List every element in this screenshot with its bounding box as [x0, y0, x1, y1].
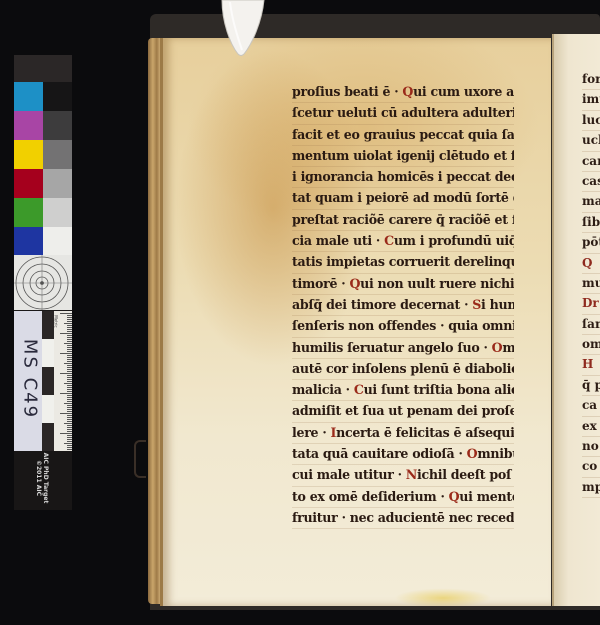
color-swatch	[14, 111, 43, 140]
ruler-tick	[64, 443, 72, 444]
ruler-tick	[67, 437, 72, 438]
ruler-tick	[67, 409, 72, 410]
ruler-tick	[67, 415, 72, 416]
line-text: tat quam i peiorē ad modū ſortē q̄	[292, 190, 514, 205]
line-text: cui male utitur ·	[292, 467, 406, 482]
gray-swatch	[43, 82, 72, 111]
facing-page-line: co	[582, 457, 600, 477]
gray-swatch	[43, 111, 72, 140]
manuscript-line: malicia · Cui ſunt triſtia bona alieci	[292, 380, 514, 401]
ruler-tick	[60, 373, 72, 374]
ruler-tick	[67, 389, 72, 390]
line-text: fruitur · nec aducientē nec recedēte	[292, 510, 514, 525]
manuscript-line: fruitur · nec aducientē nec recedēte	[292, 508, 514, 529]
ruler-tick	[67, 319, 72, 320]
ruler-tick	[67, 315, 72, 316]
color-swatch	[14, 227, 43, 256]
line-text: cia male uti ·	[292, 233, 384, 248]
ruler-tick	[67, 435, 72, 436]
ruler-tick	[67, 329, 72, 330]
line-text: malicia ·	[292, 382, 354, 397]
line-text-continued: ui ſunt triſtia bona alieci	[364, 382, 514, 397]
rubricated-initial: Q	[449, 489, 460, 504]
ruler-tick	[67, 441, 72, 442]
ruler-tick	[67, 327, 72, 328]
ruler-tick	[67, 421, 72, 422]
manuscript-line: preſtat raciõē carere q̄ raciõē et ſol…	[292, 210, 514, 231]
ruler-label: Metric	[54, 315, 59, 327]
ruler-tick	[67, 339, 72, 340]
ruler-tick	[67, 365, 72, 366]
color-swatch	[14, 140, 43, 169]
manuscript-line: to ex omē deſiderium · Qui mente	[292, 487, 514, 508]
line-text: proſius beati ē ·	[292, 84, 402, 99]
ruler-tick	[64, 363, 72, 364]
ruler-tick	[64, 403, 72, 404]
ruler-tick	[60, 333, 72, 334]
line-text-continued: mnibus	[477, 446, 514, 461]
facing-page-line: cas	[582, 172, 600, 192]
line-text-continued: ui cum uxore adm	[413, 84, 514, 99]
facing-page-line: mp	[582, 478, 600, 498]
checker-square	[42, 367, 54, 395]
facing-page-line: q̄ p	[582, 376, 600, 396]
ruler-tick	[67, 425, 72, 426]
line-text: ſcetur ueluti cū adultera adulteriū	[292, 105, 514, 120]
line-text: tata quā cauitare odioſā ·	[292, 446, 467, 461]
line-text: to ex omē deſiderium ·	[292, 489, 449, 504]
facing-page-line: imu	[582, 90, 600, 110]
ruler-tick	[64, 323, 72, 324]
rubricated-initial: C	[354, 382, 364, 397]
target-footer: AIC PhD Target ©2011 AIC	[14, 451, 72, 510]
ruler-tick	[67, 369, 72, 370]
facing-page-line: uch	[582, 131, 600, 151]
line-text: i ignorancia homicēs i peccat deo imu	[292, 169, 514, 184]
ruler-tick	[67, 379, 72, 380]
ruler-tick	[67, 447, 72, 448]
color-calibration-target: MS C49 Metric AIC PhD Target ©2011 AIC	[14, 55, 72, 510]
manuscript-line: mentum uiolat igenij clētudo et ſu	[292, 146, 514, 167]
ruler-tick	[67, 449, 72, 450]
facing-page-line: mu	[582, 274, 600, 294]
manuscript-line: tatis impietas corruerit derelinquit	[292, 252, 514, 273]
ruler-tick	[67, 335, 72, 336]
rubricated-initial: Dr	[582, 294, 600, 314]
ruler-tick	[67, 399, 72, 400]
ruler-tick	[60, 433, 72, 434]
facing-page-line: forn	[582, 70, 600, 90]
ruler-tick	[67, 411, 72, 412]
shelfmark-label-card: MS C49	[14, 311, 42, 451]
ruler-tick	[67, 345, 72, 346]
ruler-tick	[67, 407, 72, 408]
gray-swatch	[43, 198, 72, 227]
line-text: admiſit et ſua ut penam dei proſec	[292, 403, 514, 418]
line-text-continued: ncerta ē felicitas ē aſsequi op	[336, 425, 514, 440]
rubricated-initial: Q	[402, 84, 413, 99]
ruler-tick	[67, 417, 72, 418]
facing-page-line: ſam	[582, 315, 600, 335]
line-text-continued: ui mente	[459, 489, 514, 504]
ruler-tick	[67, 429, 72, 430]
rubricated-initial: N	[406, 467, 417, 482]
ruler-tick	[67, 431, 72, 432]
ruler-tick	[67, 445, 72, 446]
ruler-tick	[60, 393, 72, 394]
line-text: facit et eo grauius peccat quia ſacra	[292, 127, 514, 142]
facing-page-line: ſibi	[582, 213, 600, 233]
ruler-tick	[67, 391, 72, 392]
ruler-tick	[67, 349, 72, 350]
manuscript-line: cui male utitur · Nichil deeſt poſ	[292, 465, 514, 486]
manuscript-line: lere · Incerta ē felicitas ē aſsequi o…	[292, 423, 514, 444]
page-weight-icon	[218, 0, 268, 56]
color-swatch	[14, 82, 43, 111]
manuscript-line: proſius beati ē · Qui cum uxore adm	[292, 82, 514, 103]
manuscript-line: admiſit et ſua ut penam dei proſec	[292, 401, 514, 422]
manuscript-line: tat quam i peiorē ad modū ſortē q̄	[292, 188, 514, 209]
manuscript-line: humilis ſeruatur angelo ſuo · Omē	[292, 338, 514, 359]
target-credit-line-2: ©2011 AIC	[35, 438, 42, 518]
line-text: timorē ·	[292, 276, 349, 291]
crosshair-target-icon	[14, 255, 72, 310]
rubricated-initial: C	[384, 233, 394, 248]
ruler-tick	[67, 321, 72, 322]
line-text: autē cor inſolens plenū ē diabolici	[292, 361, 514, 376]
line-text-continued: um i profundū uiq̄	[394, 233, 514, 248]
line-text: ſenſeris non offendes · quia omnis	[292, 318, 514, 333]
manuscript-line: facit et eo grauius peccat quia ſacra	[292, 125, 514, 146]
target-dial	[14, 255, 72, 310]
gray-swatch	[43, 227, 72, 256]
checker-square	[42, 395, 54, 423]
ruler-tick	[67, 397, 72, 398]
line-text: mentum uiolat igenij clētudo et ſu	[292, 148, 514, 163]
manuscript-line: autē cor inſolens plenū ē diabolici	[292, 359, 514, 380]
ruler-tick	[67, 375, 72, 376]
ruler-tick	[67, 405, 72, 406]
checker-square	[42, 339, 54, 367]
facing-page-line: om	[582, 335, 600, 355]
checker-scale	[42, 311, 54, 451]
rubricated-initial: O	[467, 446, 478, 461]
ruler-tick	[67, 325, 72, 326]
ruler-tick	[67, 351, 72, 352]
ruler-tick	[67, 427, 72, 428]
line-text: lere ·	[292, 425, 331, 440]
line-text-continued: mē	[502, 340, 514, 355]
ruler-tick	[67, 387, 72, 388]
ruler-tick	[67, 337, 72, 338]
ruler-tick	[67, 357, 72, 358]
metric-ruler: Metric	[54, 311, 72, 451]
facing-page-line: mac	[582, 192, 600, 212]
ruler-tick	[67, 401, 72, 402]
ruler-tick	[67, 371, 72, 372]
ruler-tick	[60, 413, 72, 414]
ruler-tick	[67, 355, 72, 356]
ruler-tick	[67, 341, 72, 342]
ruler-tick	[60, 313, 72, 314]
manuscript-line: tata quā cauitare odioſā · Omnibus	[292, 444, 514, 465]
ruler-tick	[67, 381, 72, 382]
target-credit: AIC PhD Target ©2011 AIC	[35, 438, 49, 518]
checker-square	[42, 311, 54, 339]
gray-swatch	[43, 169, 72, 198]
manuscript-line: ſenſeris non offendes · quia omnis	[292, 316, 514, 337]
target-credit-line-1: AIC PhD Target	[42, 438, 49, 518]
ruler-tick	[67, 331, 72, 332]
manuscript-line: timorē · Qui non uult ruere nichil	[292, 274, 514, 295]
book-clasp	[134, 440, 146, 478]
manuscript-line: cia male uti · Cum i profundū uiq̄	[292, 231, 514, 252]
ruler-tick	[64, 423, 72, 424]
line-text-continued: i humilit̄	[481, 297, 514, 312]
line-text: preſtat raciõē carere q̄ raciõē et ſol…	[292, 212, 514, 227]
target-top-patch	[14, 55, 72, 82]
manuscript-text-block: proſius beati ē · Qui cum uxore admſcetu…	[292, 82, 514, 529]
color-swatch	[14, 169, 43, 198]
ruler-tick	[67, 385, 72, 386]
ruler-tick	[67, 317, 72, 318]
line-text: abſq̄ dei timore decernat ·	[292, 297, 472, 312]
rubricated-initial: O	[492, 340, 503, 355]
ruler-tick	[64, 343, 72, 344]
ruler-tick	[67, 377, 72, 378]
ruler-tick	[67, 367, 72, 368]
line-text-continued: ichil deeſt poſ	[417, 467, 511, 482]
gray-swatch	[43, 140, 72, 169]
manuscript-line: ſcetur ueluti cū adultera adulteriū	[292, 103, 514, 124]
line-text: tatis impietas corruerit derelinquit	[292, 254, 514, 269]
rubricated-initial: Q	[349, 276, 360, 291]
facing-page-line: ca	[582, 396, 600, 416]
rubricated-initial: H	[582, 355, 600, 375]
facing-page-line: luci	[582, 111, 600, 131]
shelfmark-label: MS C49	[15, 322, 41, 437]
facing-page-line: ex	[582, 417, 600, 437]
ruler-tick	[67, 359, 72, 360]
manuscript-line: abſq̄ dei timore decernat · Si humilit̄	[292, 295, 514, 316]
facing-page-line: pōt	[582, 233, 600, 253]
manuscript-line: i ignorancia homicēs i peccat deo imu	[292, 167, 514, 188]
line-text-continued: ui non uult ruere nichil	[360, 276, 514, 291]
rubricated-initial: Q	[582, 254, 600, 274]
facing-page-line: no	[582, 437, 600, 457]
ruler-tick	[67, 395, 72, 396]
ruler-tick	[64, 383, 72, 384]
line-text: humilis ſeruatur angelo ſuo ·	[292, 340, 492, 355]
facing-page-text: fornimuluciuchcamcasmacſibipōtQmuDrſamo…	[582, 70, 600, 498]
ruler-tick	[67, 439, 72, 440]
ruler-tick	[60, 353, 72, 354]
ruler-tick	[67, 361, 72, 362]
ruler-tick	[67, 419, 72, 420]
color-swatch	[14, 198, 43, 227]
facing-page-line: cam	[582, 152, 600, 172]
rubricated-initial: S	[472, 297, 481, 312]
ruler-tick	[67, 347, 72, 348]
